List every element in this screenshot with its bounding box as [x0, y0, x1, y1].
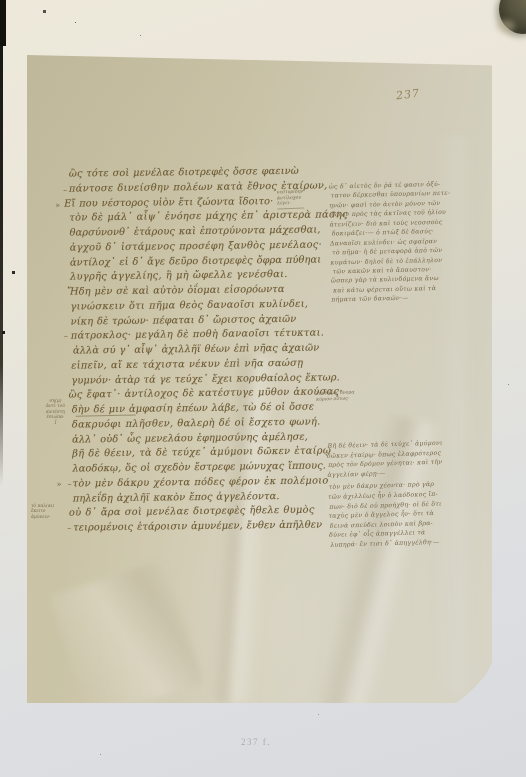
main-text-lines: ὣς τότε σοὶ μενέλαε διοτρεφὲς ὄσσε φαειν… — [69, 164, 329, 536]
dust-specks — [0, 0, 1, 1]
text-line: λυγρῆς ἀγγελίης, ἣ μὴ ὤφελλε γενέσθαι. — [70, 268, 326, 286]
left-margin-note-upper: ση(μ) ἀντὶ τοῦ κατέστη ἐσιώπα· Ϊ — [46, 399, 65, 426]
left-margin-note-lower: τὸ παλ(αι) ἔκειτο ἀμύνειν· — [31, 504, 54, 520]
parchment-wrinkle — [50, 560, 204, 721]
interlinear-gloss: νεστορίδην ἀντίλοχον λέγει· — [277, 190, 304, 210]
folio-number: 237 — [395, 87, 420, 103]
scholia-block-top: ὡς δ᾽ αἰετὸς ὅν ῥά τέ φασιν ὀξύ-τατον δέ… — [329, 180, 462, 306]
paragraphos-mark: – — [68, 478, 72, 493]
photo-edge-shadow — [0, 0, 3, 486]
scholia-block-lower: Βῆ δὲ θέειν· τὰ δὲ τεύχε᾽ ἀμύμονιδῶκεν ἑ… — [327, 438, 466, 550]
text-line: τειρομένοις ἑτάροισιν ἀμυνέμεν, ἔνθεν ἀπ… — [73, 518, 329, 536]
photograph: 237 ὣς τότε σοὶ μενέλαε διοτρεφὲς ὄσσε φ… — [0, 0, 526, 777]
folio-caption: 237 f. — [218, 737, 294, 747]
paragraphos-mark: – — [63, 184, 67, 199]
paragraphos-mark: – — [67, 522, 71, 537]
scholia-note-middle: λαόδοκος ὄνομα κύριον οὕτως· — [316, 390, 355, 403]
quote-mark: » — [55, 199, 60, 214]
manuscript-page: 237 ὣς τότε σοὶ μενέλαε διοτρεφὲς ὄσσε φ… — [27, 55, 492, 703]
main-text-block: ὣς τότε σοὶ μενέλαε διοτρεφὲς ὄσσε φαειν… — [69, 164, 329, 536]
scholia-line: πήματα τῶν δαναῶν·— — [331, 293, 461, 305]
holder-thumb — [499, 0, 526, 34]
quote-mark: » — [57, 478, 62, 493]
text-line: τὸν μὲν δάκρυ χέοντα πόδες φέρον ἐκ πολέ… — [73, 474, 329, 492]
paragraphos-mark: – — [64, 330, 68, 345]
